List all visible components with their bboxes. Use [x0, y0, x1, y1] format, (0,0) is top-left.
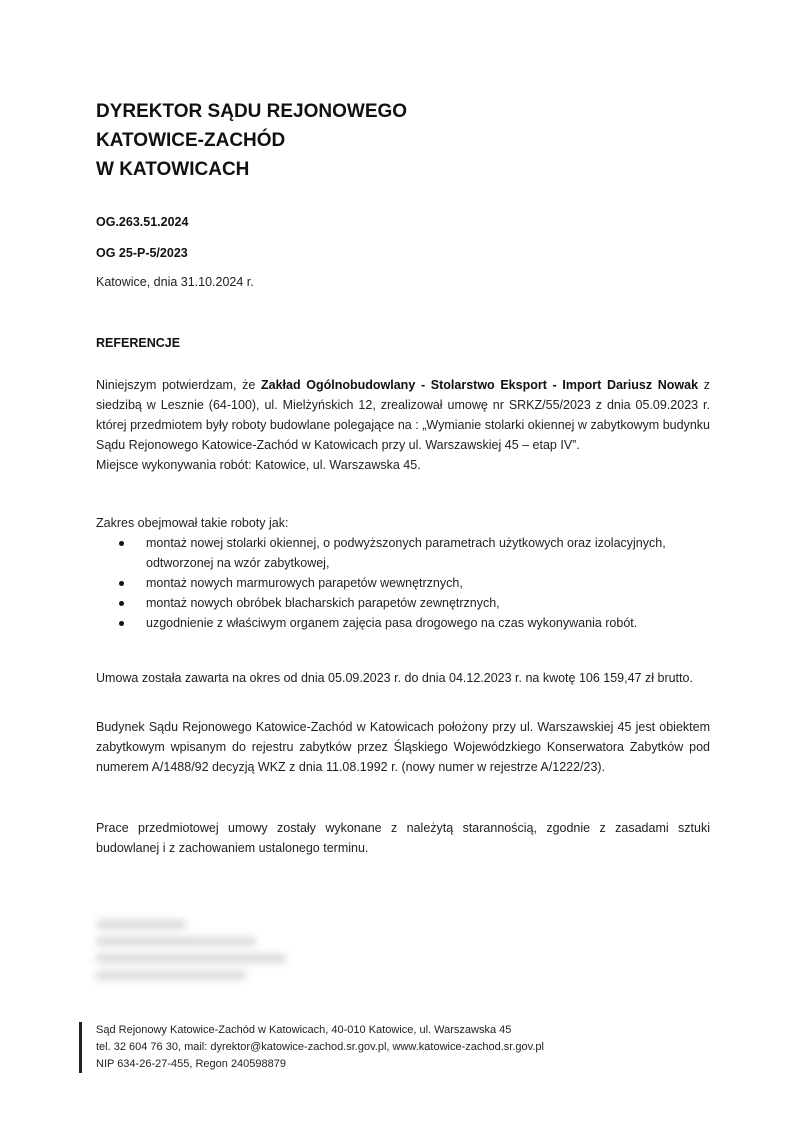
document-page: DYREKTOR SĄDU REJONOWEGO KATOWICE-ZACHÓD… [0, 0, 806, 1140]
scope-item: montaż nowych marmurowych parapetów wewn… [96, 573, 710, 593]
scope-section: Zakres obejmował takie roboty jak: monta… [96, 513, 710, 633]
scope-list: montaż nowej stolarki okiennej, o podwyż… [96, 533, 710, 633]
scope-intro: Zakres obejmował takie roboty jak: [96, 513, 710, 533]
paragraph-building: Budynek Sądu Rejonowego Katowice-Zachód … [96, 717, 710, 777]
letterhead-line-1: DYREKTOR SĄDU REJONOWEGO [96, 97, 407, 126]
scope-item: montaż nowych obróbek blacharskich parap… [96, 593, 710, 613]
document-title: REFERENCJE [96, 336, 180, 350]
reference-number-1: OG.263.51.2024 [96, 215, 188, 229]
paragraph-quality: Prace przedmiotowej umowy zostały wykona… [96, 818, 710, 858]
document-date: Katowice, dnia 31.10.2024 r. [96, 275, 254, 289]
footer-contact: tel. 32 604 76 30, mail: dyrektor@katowi… [96, 1039, 544, 1056]
paragraph-contract: Umowa została zawarta na okres od dnia 0… [96, 668, 710, 688]
work-location: Miejsce wykonywania robót: Katowice, ul.… [96, 455, 710, 475]
company-name: Zakład Ogólnobudowlany - Stolarstwo Eksp… [261, 378, 698, 392]
footer-registry: NIP 634-26-27-455, Regon 240598879 [96, 1056, 544, 1073]
letterhead-line-2: KATOWICE-ZACHÓD [96, 126, 407, 155]
scope-item: uzgodnienie z właściwym organem zajęcia … [96, 613, 710, 633]
blurred-signature [96, 920, 296, 990]
footer-address: Sąd Rejonowy Katowice-Zachód w Katowicac… [96, 1022, 544, 1039]
paragraph-confirmation: Niniejszym potwierdzam, że Zakład Ogólno… [96, 375, 710, 475]
footer: Sąd Rejonowy Katowice-Zachód w Katowicac… [79, 1022, 544, 1073]
letterhead-line-3: W KATOWICACH [96, 155, 407, 184]
scope-item: montaż nowej stolarki okiennej, o podwyż… [96, 533, 710, 573]
reference-number-2: OG 25-P-5/2023 [96, 246, 188, 260]
confirmation-text: Niniejszym potwierdzam, że Zakład Ogólno… [96, 375, 710, 455]
letterhead: DYREKTOR SĄDU REJONOWEGO KATOWICE-ZACHÓD… [96, 97, 407, 184]
